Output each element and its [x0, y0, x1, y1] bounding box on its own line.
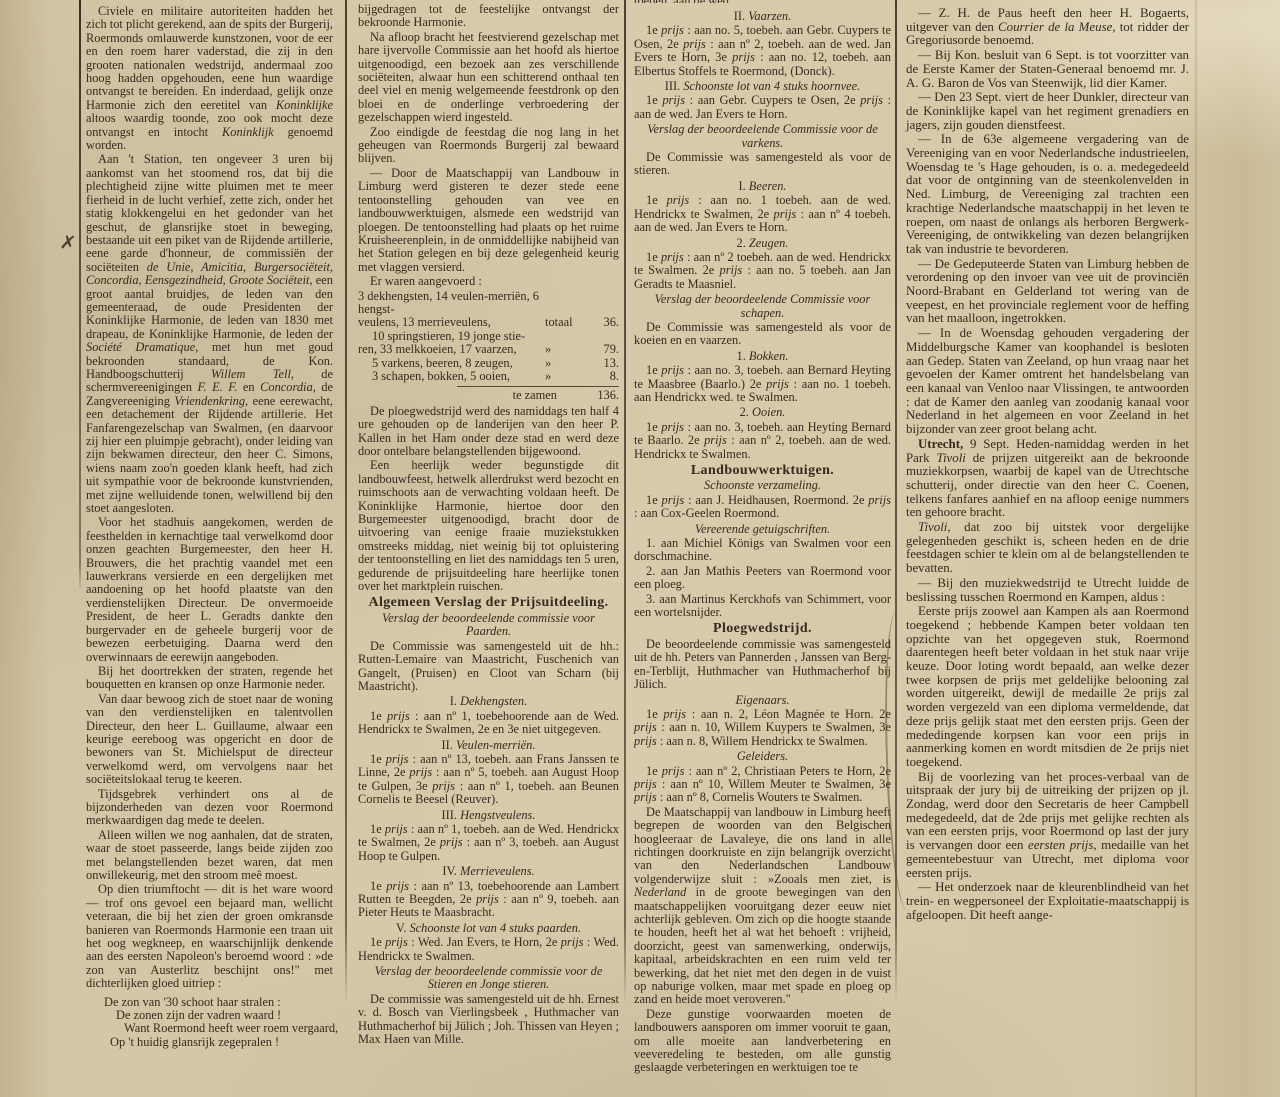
sub-heading: I. Beeren. [634, 180, 891, 193]
sub-heading: 1. Bokken. [634, 350, 891, 363]
section-heading: Landbouwwerktuigen. [634, 464, 891, 477]
paragraph: Van daar bewoog zich de stoet naar de wo… [86, 693, 333, 787]
paragraph: Bij de voorlezing van het proces-verbaal… [906, 771, 1189, 881]
paragraph: — In de Woensdag gehouden vergadering de… [906, 327, 1189, 437]
paragraph: 1. aan Michiel Königs van Swalmen voor e… [634, 537, 891, 564]
sub-heading: II. Vaarzen. [634, 10, 891, 23]
column-2: bijgedragen tot de feestelijke ontvangst… [358, 3, 619, 1047]
paragraph: — In de 63e algemeene vergadering van de… [906, 133, 1189, 256]
paragraph: — De Gedeputeerde Staten van Limburg heb… [906, 258, 1189, 327]
tally-text: veulens, 13 merrieveulens, [358, 316, 545, 329]
sub-heading: Schoonste verzameling. [634, 479, 891, 492]
tally-total-label: te zamen [513, 389, 557, 402]
report-title: Verslag der beoordeelende commissie voor… [358, 965, 619, 992]
paragraph: 3. aan Martinus Kerckhofs van Schimmert,… [634, 593, 891, 620]
paragraph: Zoo eindigde de feestdag die nog lang in… [358, 126, 619, 166]
section-heading: Algemeen Verslag der Prijsuitdeeling. [358, 596, 619, 609]
tally-label: totaal [545, 316, 591, 329]
paragraph: De ploegwedstrijd werd des namiddags ten… [358, 405, 619, 459]
tally-num [591, 330, 619, 343]
paragraph: Tijdsgebrek verhindert ons al de bijzond… [86, 788, 333, 828]
tally-num: 79. [591, 343, 619, 356]
paragraph: Tivoli, dat zoo bij uitstek voor dergeli… [906, 521, 1189, 576]
tally-row: ren, 33 melkkoeien, 17 vaarzen,»79. [358, 343, 619, 356]
paragraph: 1e prijs : aan no. 3, toebeh. aan Heytin… [634, 421, 891, 461]
paragraph: — Bij den muziekwedstrijd te Utrecht lui… [906, 577, 1189, 604]
tally-row: 3 dekhengsten, 14 veulen-merriën, 6 heng… [358, 290, 619, 317]
paragraph: 1e prijs : aan J. Heidhausen, Roermond. … [634, 494, 891, 521]
tally-label: » [545, 343, 591, 356]
poem-line: De zon van '30 schoot haar stralen : [104, 996, 333, 1009]
paragraph: 1e prijs : Wed. Jan Evers, te Horn, 2e p… [358, 936, 619, 963]
paragraph: Een heerlijk weder begunstigde dit landb… [358, 459, 619, 593]
paragraph: 1e prijs : aan nº 13, toebehoorende aan … [358, 880, 619, 920]
column-3: toebeh. aan de wed.II. Vaarzen.1e prijs … [634, 0, 891, 1076]
paragraph: De beoordeelende commissie was samengest… [634, 638, 891, 692]
sub-heading: III. Hengstveulens. [358, 809, 619, 822]
paragraph: Op dien triumftocht — dit is het ware wo… [86, 883, 333, 990]
tally-total-value: 136. [591, 389, 619, 402]
paragraph: 2. aan Jan Mathis Peeters van Roermond v… [634, 565, 891, 592]
paragraph: — Door de Maatschappij van Landbouw in L… [358, 167, 619, 274]
poem-line: De zonen zijn der vadren waard ! [116, 1009, 333, 1022]
paragraph: 1e prijs : aan nº 1, toebehoorende aan d… [358, 710, 619, 737]
paragraph: 1e prijs : aan no. 3, toebeh. aan Bernar… [634, 364, 891, 404]
poem-verse: De zon van '30 schoot haar stralen :De z… [86, 996, 333, 1050]
paragraph: Na afloop bracht het feestvierend gezels… [358, 31, 619, 125]
column-rule-1 [345, 0, 347, 1004]
poem-line: Op 't huidig glansrijk zegepralen ! [110, 1036, 333, 1049]
tally-text: 3 dekhengsten, 14 veulen-merriën, 6 heng… [358, 290, 545, 317]
paragraph: De commissie was samengesteld uit de hh.… [358, 993, 619, 1047]
tally-row: 10 springstieren, 19 jonge stie- [358, 330, 619, 343]
paragraph: Deze gunstige voorwaarden moeten de land… [634, 1008, 891, 1075]
tally-row: veulens, 13 merrieveulens,totaal36. [358, 316, 619, 329]
livestock-tally: 3 dekhengsten, 14 veulen-merriën, 6 heng… [358, 290, 619, 403]
sub-heading: 2. Zeugen. [634, 237, 891, 250]
poem-line: Want Roermond heeft weer roem vergaard, [124, 1022, 333, 1035]
paragraph: — Z. H. de Paus heeft den heer H. Bogaer… [906, 7, 1189, 48]
column-1: Civiele en militaire autoriteiten hadden… [86, 5, 333, 1049]
pen-mark-x-icon: ✗ [59, 231, 78, 255]
paragraph: Alleen willen we nog aanhalen, dat de st… [86, 829, 333, 883]
paragraph: De Commissie was samengesteld als voor d… [634, 151, 891, 178]
paragraph: 1e prijs : aan nº 2 toebeh. aan de wed. … [634, 251, 891, 291]
paragraph: 1e prijs : aan nº 1, toebeh. aan de Wed.… [358, 823, 619, 863]
tally-label: » [545, 357, 591, 370]
tally-label: » [545, 370, 591, 383]
paragraph: Voor het stadhuis aangekomen, werden de … [86, 516, 333, 663]
tally-total-row: te zamen136. [457, 386, 619, 402]
paragraph: 1e prijs : aan Gebr. Cuypers te Osen, 2e… [634, 94, 891, 121]
paragraph: 1e prijs : aan nº 13, toebeh. aan Frans … [358, 753, 619, 807]
report-title: Verslag der beoordeelende Commissie voor… [634, 293, 891, 320]
report-title: Verslag der beoordeelende commissie voor… [358, 612, 619, 639]
tally-text: 3 schapen, bokken, 5 ooien, [358, 370, 545, 383]
sub-heading: Vereerende getuigschriften. [634, 523, 891, 536]
sub-heading: IV. Merrieveulens. [358, 865, 619, 878]
paragraph: Utrecht, 9 Sept. Heden-namiddag werden i… [906, 438, 1189, 520]
newspaper-page: Civiele en militaire autoriteiten hadden… [0, 0, 1280, 1097]
tally-text: 5 varkens, beeren, 8 zeugen, [358, 357, 545, 370]
paragraph: Aan 't Station, ten ongeveer 3 uren bij … [86, 153, 333, 515]
paragraph: Eerste prijs zoowel aan Kampen als aan R… [906, 605, 1189, 769]
sub-heading: I. Dekhengsten. [358, 695, 619, 708]
sub-heading: 2. Ooien. [634, 406, 891, 419]
report-title: Verslag der beoordeelende Commissie voor… [634, 123, 891, 150]
tally-text: 10 springstieren, 19 jonge stie- [358, 330, 545, 343]
paragraph: — Bij Kon. besluit van 6 Sept. is tot vo… [906, 49, 1189, 90]
paragraph: De Maatschappij van landbouw in Limburg … [634, 806, 891, 1007]
paragraph: 1e prijs : aan nº 2, Christiaan Peters t… [634, 765, 891, 805]
tally-text: ren, 33 melkkoeien, 17 vaarzen, [358, 343, 545, 356]
paragraph: Civiele en militaire autoriteiten hadden… [86, 5, 333, 152]
tally-num [591, 290, 619, 317]
sub-heading: II. Veulen-merriën. [358, 739, 619, 752]
paragraph: De Commissie was samengesteld uit de hh.… [358, 640, 619, 694]
left-edge-rule [79, 0, 81, 592]
tally-num: 36. [591, 316, 619, 329]
sub-heading: V. Schoonste lot van 4 stuks paarden. [358, 922, 619, 935]
paragraph: — Het onderzoek naar de kleurenblindheid… [906, 881, 1189, 922]
paragraph: 1e prijs : aan n. 2, Léon Magnée te Horn… [634, 708, 891, 748]
paragraph: — Den 23 Sept. viert de heer Dunkler, di… [906, 91, 1189, 132]
cut-line-fragment: toebeh. aan de wed. [634, 0, 891, 3]
paragraph: bijgedragen tot de feestelijke ontvangst… [358, 3, 619, 30]
tally-num: 13. [591, 357, 619, 370]
tally-num: 8. [591, 370, 619, 383]
sub-heading: III. Schoonste lot van 4 stuks hoornvee. [634, 80, 891, 93]
paragraph: 1e prijs : aan no. 1 toebeh. aan de wed.… [634, 194, 891, 234]
paragraph: Bij het doortrekken der straten, regende… [86, 665, 333, 692]
tally-label [545, 290, 591, 317]
paragraph: De Commissie was samengesteld als voor d… [634, 321, 891, 348]
tally-label [545, 330, 591, 343]
column-rule-2 [624, 0, 626, 1004]
sub-heading: Eigenaars. [634, 694, 891, 707]
tally-row: 5 varkens, beeren, 8 zeugen,»13. [358, 357, 619, 370]
sub-heading: Geleiders. [634, 750, 891, 763]
tally-row: 3 schapen, bokken, 5 ooien,»8. [358, 370, 619, 383]
section-heading: Ploegwedstrijd. [634, 622, 891, 635]
paragraph: Er waren aangevoerd : [358, 275, 619, 288]
paragraph: 1e prijs : aan no. 5, toebeh. aan Gebr. … [634, 24, 891, 78]
column-4: — Z. H. de Paus heeft den heer H. Bogaer… [906, 7, 1189, 923]
